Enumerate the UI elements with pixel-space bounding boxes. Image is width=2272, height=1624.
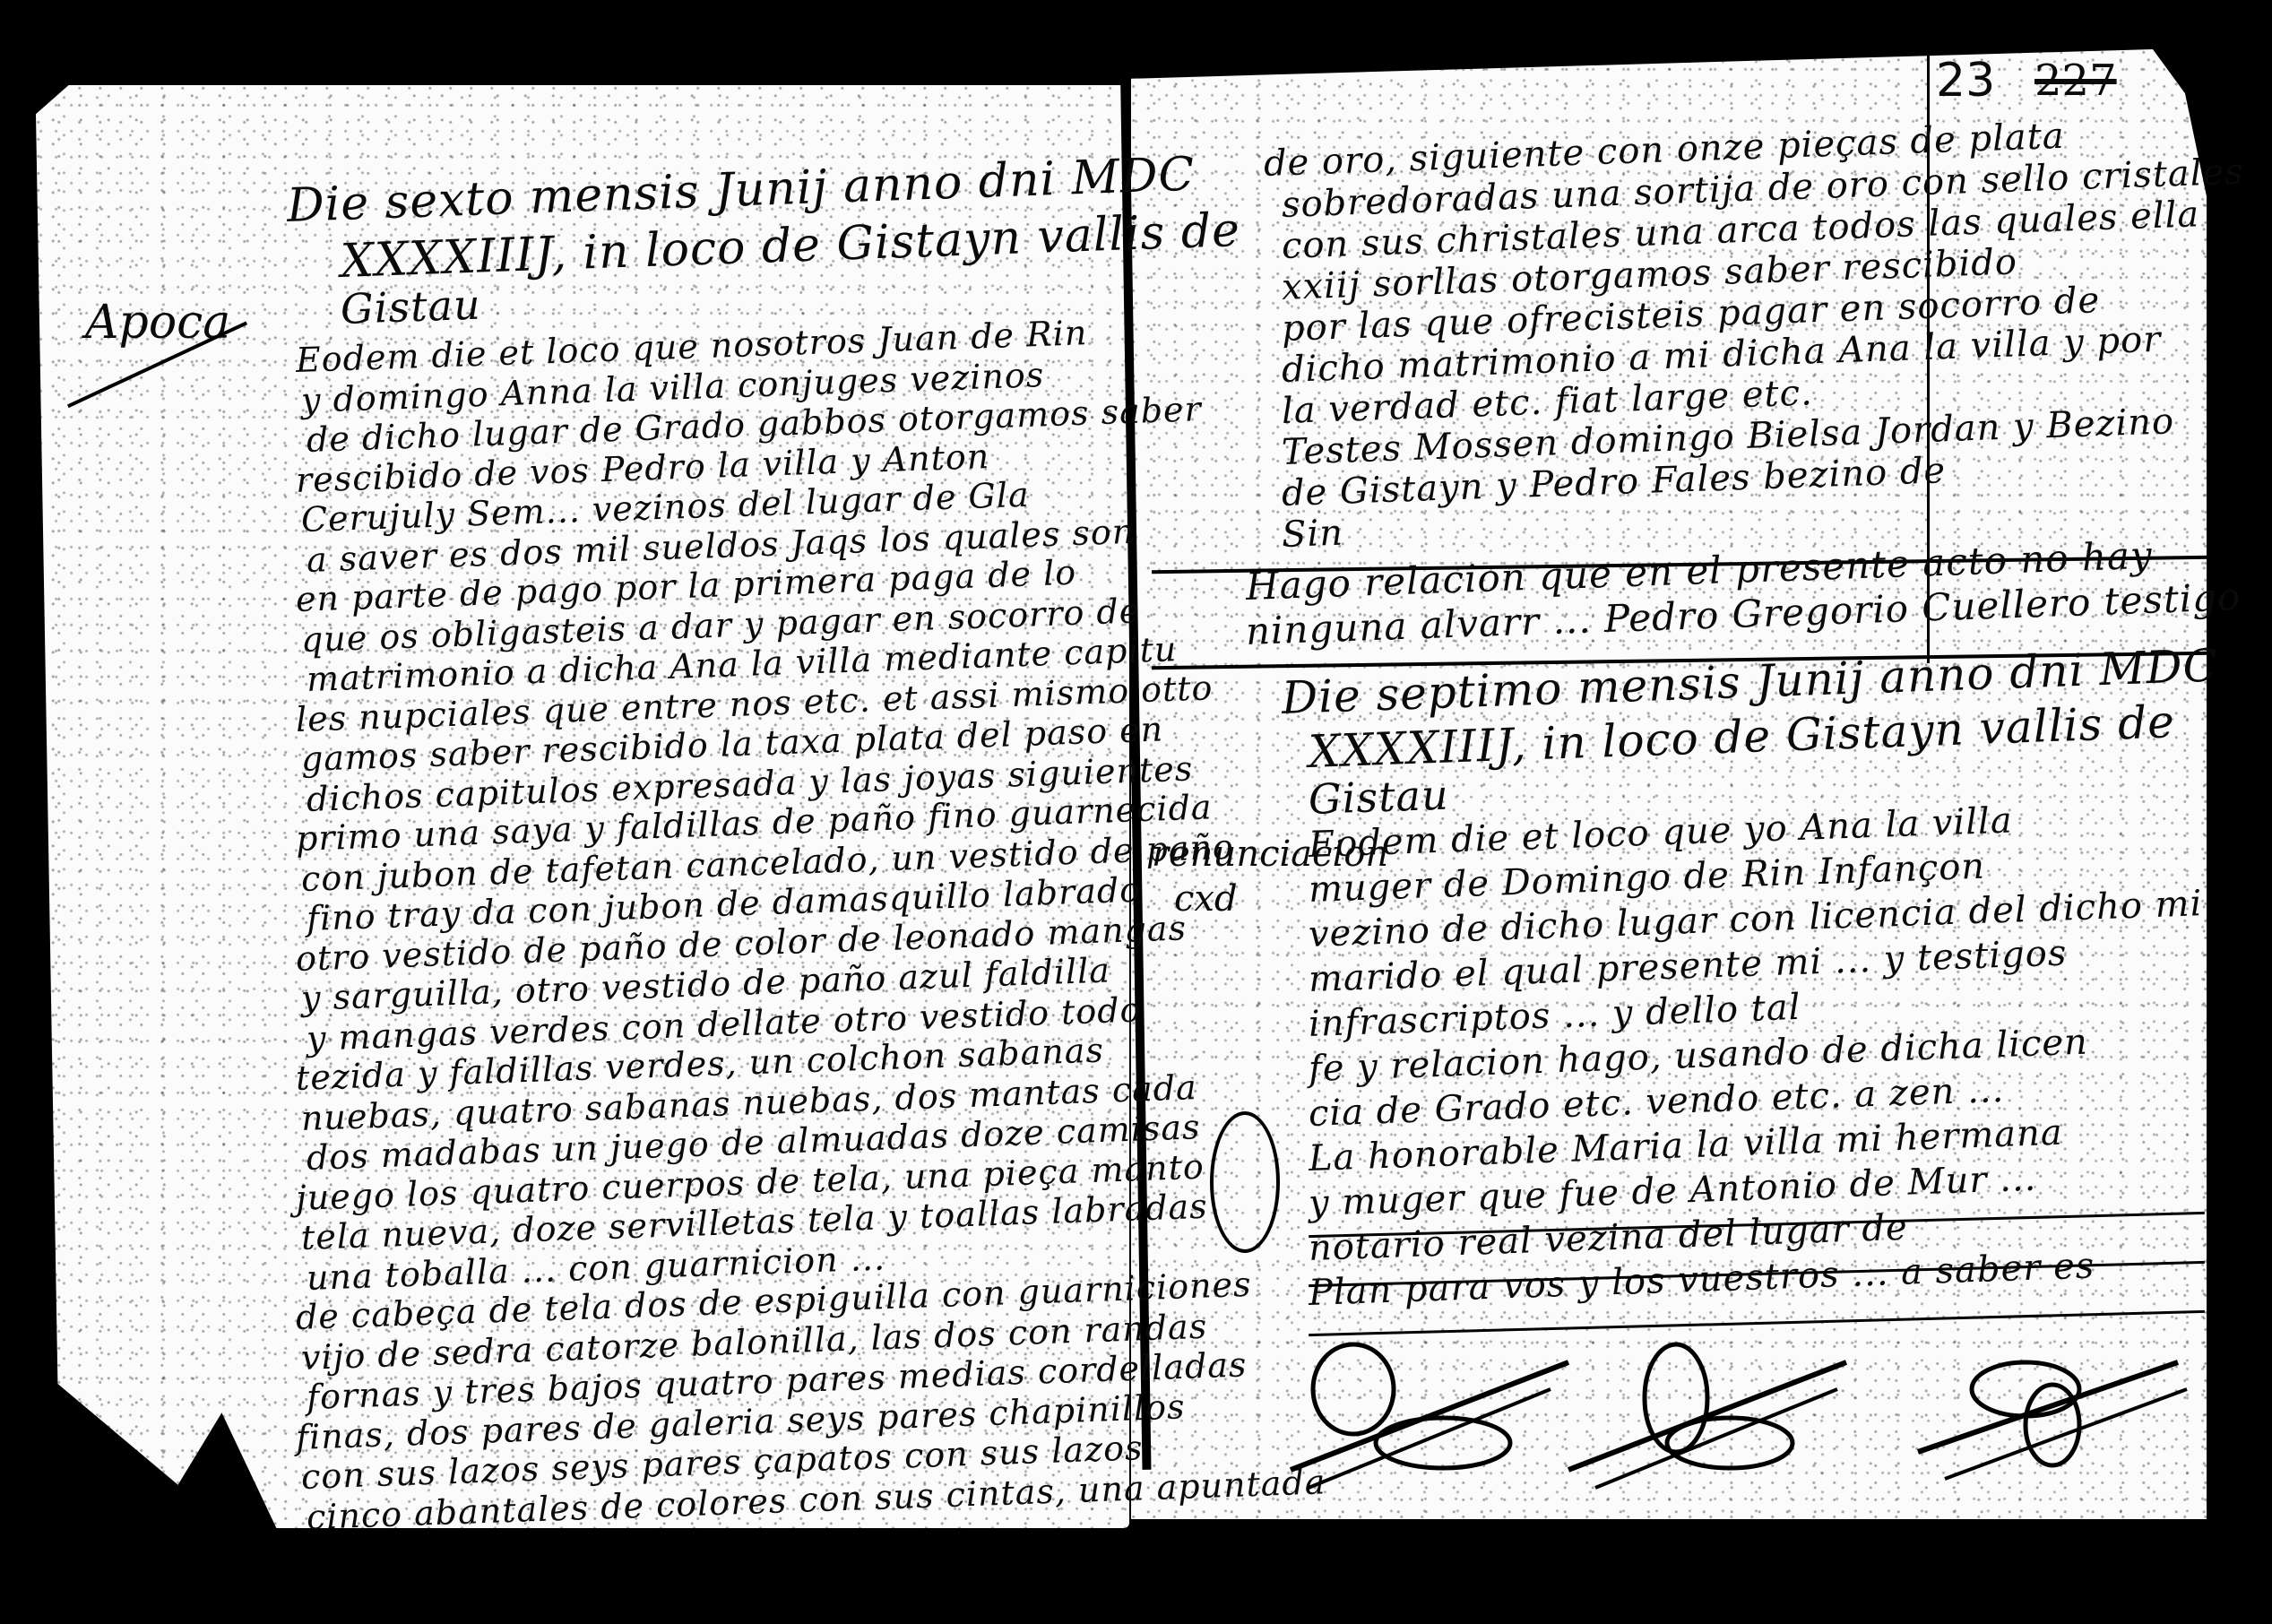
right-entry-header-line: Gistau xyxy=(1308,771,1449,824)
struck-page-number: 227 xyxy=(2034,56,2117,106)
signature-3 xyxy=(1909,1326,2205,1488)
margin-note-cxd: cxd xyxy=(1174,878,1238,920)
signature-1 xyxy=(1282,1335,1577,1497)
signature-2 xyxy=(1559,1335,1855,1497)
page-number: 23 xyxy=(1936,54,1995,108)
manuscript-line: Sin xyxy=(1281,513,1344,556)
left-entry-header-line: Gistau xyxy=(340,281,481,333)
margin-flourish xyxy=(1210,1111,1280,1253)
